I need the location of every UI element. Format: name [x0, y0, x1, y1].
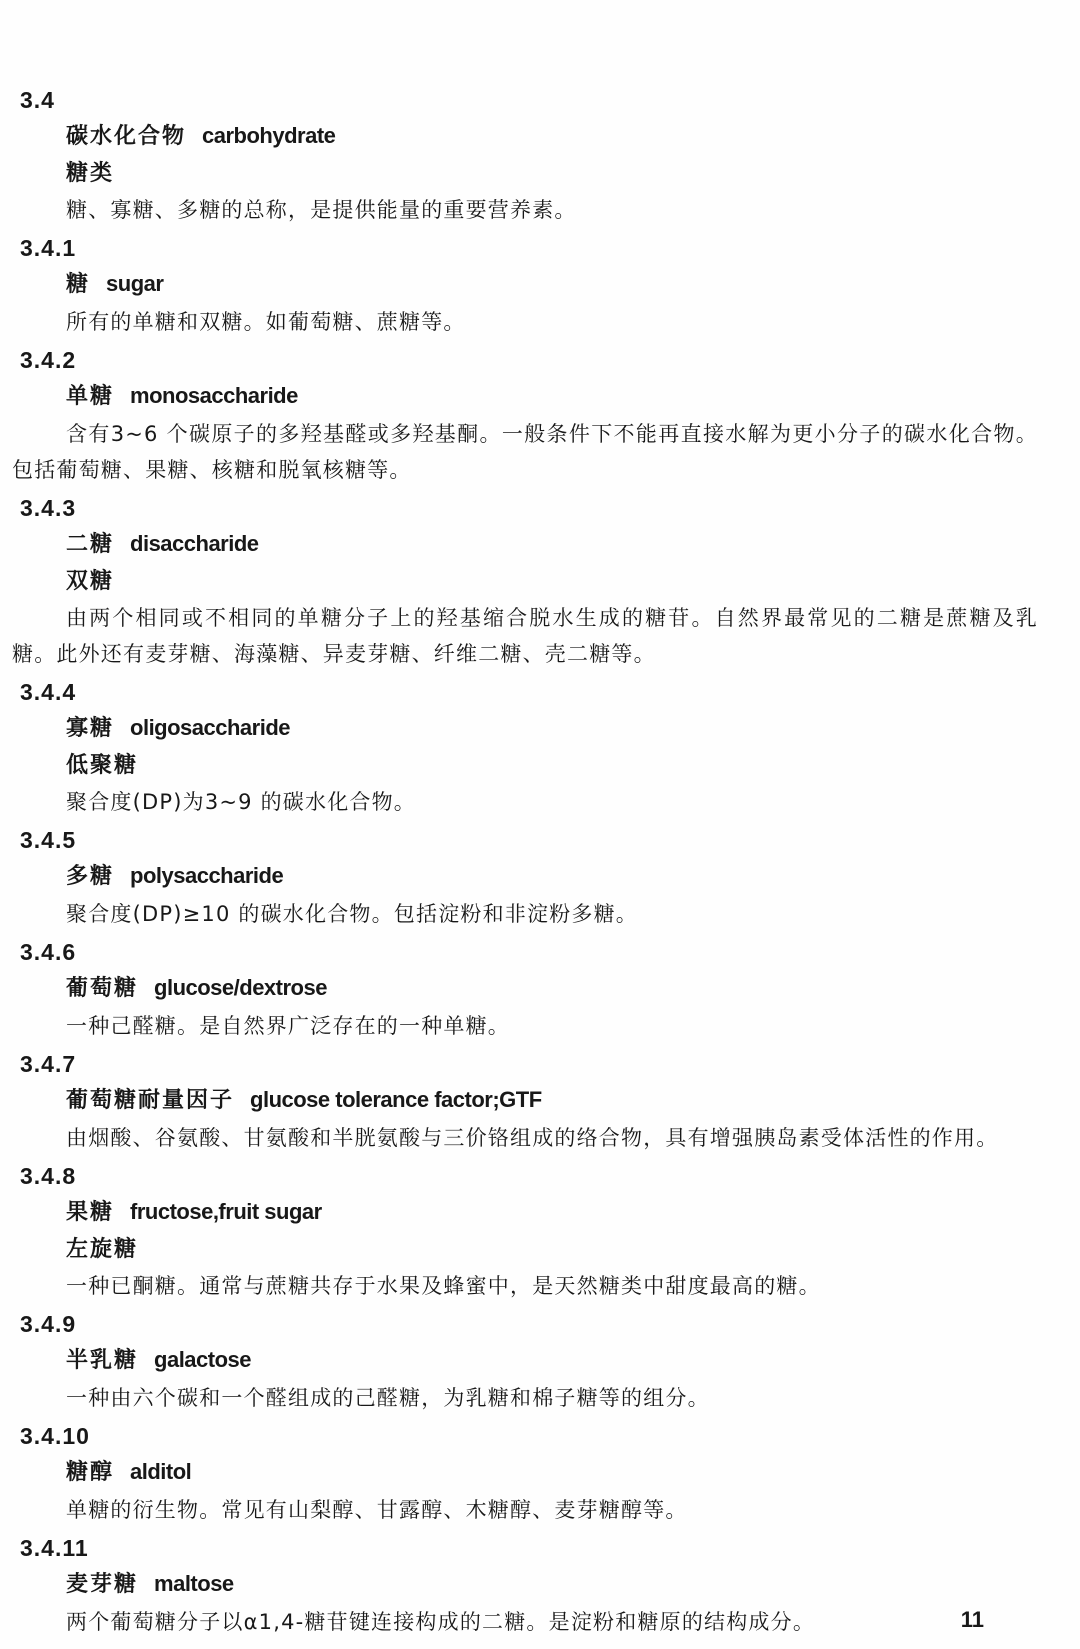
entry-definition: 由两个相同或不相同的单糖分子上的羟基缩合脱水生成的糖苷。自然界最常见的二糖是蔗糖… [12, 600, 1038, 672]
term-synonym: 糖类 [66, 156, 1050, 192]
term-entry: 3.4.7 葡萄糖耐量因子glucose tolerance factor;GT… [8, 1046, 1050, 1156]
term-chinese: 糖 [66, 272, 90, 297]
entry-definition: 聚合度(DP)为3~9 的碳水化合物。 [12, 784, 1038, 820]
term-synonym: 双糖 [66, 564, 1050, 600]
term-entry: 3.4.1 糖sugar 所有的单糖和双糖。如葡萄糖、蔗糖等。 [8, 230, 1050, 340]
entry-term-line: 多糖polysaccharide [66, 858, 1050, 896]
entry-definition: 聚合度(DP)≥10 的碳水化合物。包括淀粉和非淀粉多糖。 [12, 896, 1038, 932]
term-chinese: 果糖 [66, 1200, 114, 1225]
document-page: 3.4 碳水化合物carbohydrate 糖类 糖、寡糖、多糖的总称，是提供能… [0, 0, 1080, 1649]
entry-term-line: 葡萄糖glucose/dextrose [66, 970, 1050, 1008]
entry-number: 3.4.3 [20, 490, 1050, 526]
term-entry: 3.4.9 半乳糖galactose 一种由六个碳和一个醛组成的己醛糖，为乳糖和… [8, 1306, 1050, 1416]
entry-term-line: 单糖monosaccharide [66, 378, 1050, 416]
entry-term-line: 碳水化合物carbohydrate [66, 118, 1050, 156]
term-english: disaccharide [130, 531, 259, 556]
entry-definition: 一种己醛糖。是自然界广泛存在的一种单糖。 [12, 1008, 1038, 1044]
entry-number: 3.4.6 [20, 934, 1050, 970]
entry-term-line: 糖醇alditol [66, 1454, 1050, 1492]
entry-definition: 一种已酮糖。通常与蔗糖共存于水果及蜂蜜中，是天然糖类中甜度最高的糖。 [12, 1268, 1038, 1304]
entry-term-line: 葡萄糖耐量因子glucose tolerance factor;GTF [66, 1082, 1050, 1120]
entry-synonyms: 糖类 [8, 156, 1050, 192]
entry-number: 3.4.5 [20, 822, 1050, 858]
entry-definition: 一种由六个碳和一个醛组成的己醛糖，为乳糖和棉子糖等的组分。 [12, 1380, 1038, 1416]
term-entry: 3.4.11 麦芽糖maltose 两个葡萄糖分子以α1,4-糖苷键连接构成的二… [8, 1530, 1050, 1640]
term-english: oligosaccharide [130, 715, 290, 740]
term-english: sugar [106, 271, 163, 296]
term-english: maltose [154, 1571, 234, 1596]
term-chinese: 麦芽糖 [66, 1572, 138, 1597]
entry-term-line: 麦芽糖maltose [66, 1566, 1050, 1604]
page-number: 11 [961, 1607, 984, 1633]
term-chinese: 碳水化合物 [66, 124, 186, 149]
entry-term-line: 寡糖oligosaccharide [66, 710, 1050, 748]
term-chinese: 半乳糖 [66, 1348, 138, 1373]
entry-number: 3.4.7 [20, 1046, 1050, 1082]
term-english: carbohydrate [202, 123, 335, 148]
term-chinese: 寡糖 [66, 716, 114, 741]
term-english: polysaccharide [130, 863, 283, 888]
entry-number: 3.4.4 [20, 674, 1050, 710]
entry-term-line: 半乳糖galactose [66, 1342, 1050, 1380]
term-entry: 3.4.10 糖醇alditol 单糖的衍生物。常见有山梨醇、甘露醇、木糖醇、麦… [8, 1418, 1050, 1528]
term-chinese: 二糖 [66, 532, 114, 557]
term-chinese: 糖醇 [66, 1460, 114, 1485]
entry-term-line: 二糖disaccharide [66, 526, 1050, 564]
term-chinese: 单糖 [66, 384, 114, 409]
entries: 3.4 碳水化合物carbohydrate 糖类 糖、寡糖、多糖的总称，是提供能… [8, 82, 1050, 1640]
term-english: fructose,fruit sugar [130, 1199, 322, 1224]
term-entry: 3.4.8 果糖fructose,fruit sugar 左旋糖 一种已酮糖。通… [8, 1158, 1050, 1304]
term-english: glucose/dextrose [154, 975, 327, 1000]
document-body: { "document": { "type": "terminology-sta… [0, 0, 1080, 1649]
term-synonym: 左旋糖 [66, 1232, 1050, 1268]
term-english: monosaccharide [130, 383, 298, 408]
entry-definition: 所有的单糖和双糖。如葡萄糖、蔗糖等。 [12, 304, 1038, 340]
entry-number: 3.4.8 [20, 1158, 1050, 1194]
entry-term-line: 果糖fructose,fruit sugar [66, 1194, 1050, 1232]
term-english: glucose tolerance factor;GTF [250, 1087, 542, 1112]
term-chinese: 多糖 [66, 864, 114, 889]
term-entry: 3.4.6 葡萄糖glucose/dextrose 一种己醛糖。是自然界广泛存在… [8, 934, 1050, 1044]
entry-number: 3.4 [20, 82, 1050, 118]
term-english: alditol [130, 1459, 191, 1484]
term-entry: 3.4.4 寡糖oligosaccharide 低聚糖 聚合度(DP)为3~9 … [8, 674, 1050, 820]
entry-number: 3.4.10 [20, 1418, 1050, 1454]
term-chinese: 葡萄糖 [66, 976, 138, 1001]
term-entry: 3.4.3 二糖disaccharide 双糖 由两个相同或不相同的单糖分子上的… [8, 490, 1050, 672]
entry-synonyms: 双糖 [8, 564, 1050, 600]
entry-definition: 糖、寡糖、多糖的总称，是提供能量的重要营养素。 [12, 192, 1038, 228]
term-synonym: 低聚糖 [66, 748, 1050, 784]
entry-definition: 由烟酸、谷氨酸、甘氨酸和半胱氨酸与三价铬组成的络合物，具有增强胰岛素受体活性的作… [12, 1120, 1038, 1156]
term-entry: 3.4 碳水化合物carbohydrate 糖类 糖、寡糖、多糖的总称，是提供能… [8, 82, 1050, 228]
entry-number: 3.4.2 [20, 342, 1050, 378]
entry-definition: 单糖的衍生物。常见有山梨醇、甘露醇、木糖醇、麦芽糖醇等。 [12, 1492, 1038, 1528]
term-chinese: 葡萄糖耐量因子 [66, 1088, 234, 1113]
entry-synonyms: 低聚糖 [8, 748, 1050, 784]
term-english: galactose [154, 1347, 251, 1372]
entry-number: 3.4.1 [20, 230, 1050, 266]
entry-number: 3.4.9 [20, 1306, 1050, 1342]
entry-definition: 含有3~6 个碳原子的多羟基醛或多羟基酮。一般条件下不能再直接水解为更小分子的碳… [12, 416, 1038, 488]
term-entry: 3.4.5 多糖polysaccharide 聚合度(DP)≥10 的碳水化合物… [8, 822, 1050, 932]
entry-term-line: 糖sugar [66, 266, 1050, 304]
entry-number: 3.4.11 [20, 1530, 1050, 1566]
entry-synonyms: 左旋糖 [8, 1232, 1050, 1268]
entry-definition: 两个葡萄糖分子以α1,4-糖苷键连接构成的二糖。是淀粉和糖原的结构成分。 [12, 1604, 1038, 1640]
term-entry: 3.4.2 单糖monosaccharide 含有3~6 个碳原子的多羟基醛或多… [8, 342, 1050, 488]
